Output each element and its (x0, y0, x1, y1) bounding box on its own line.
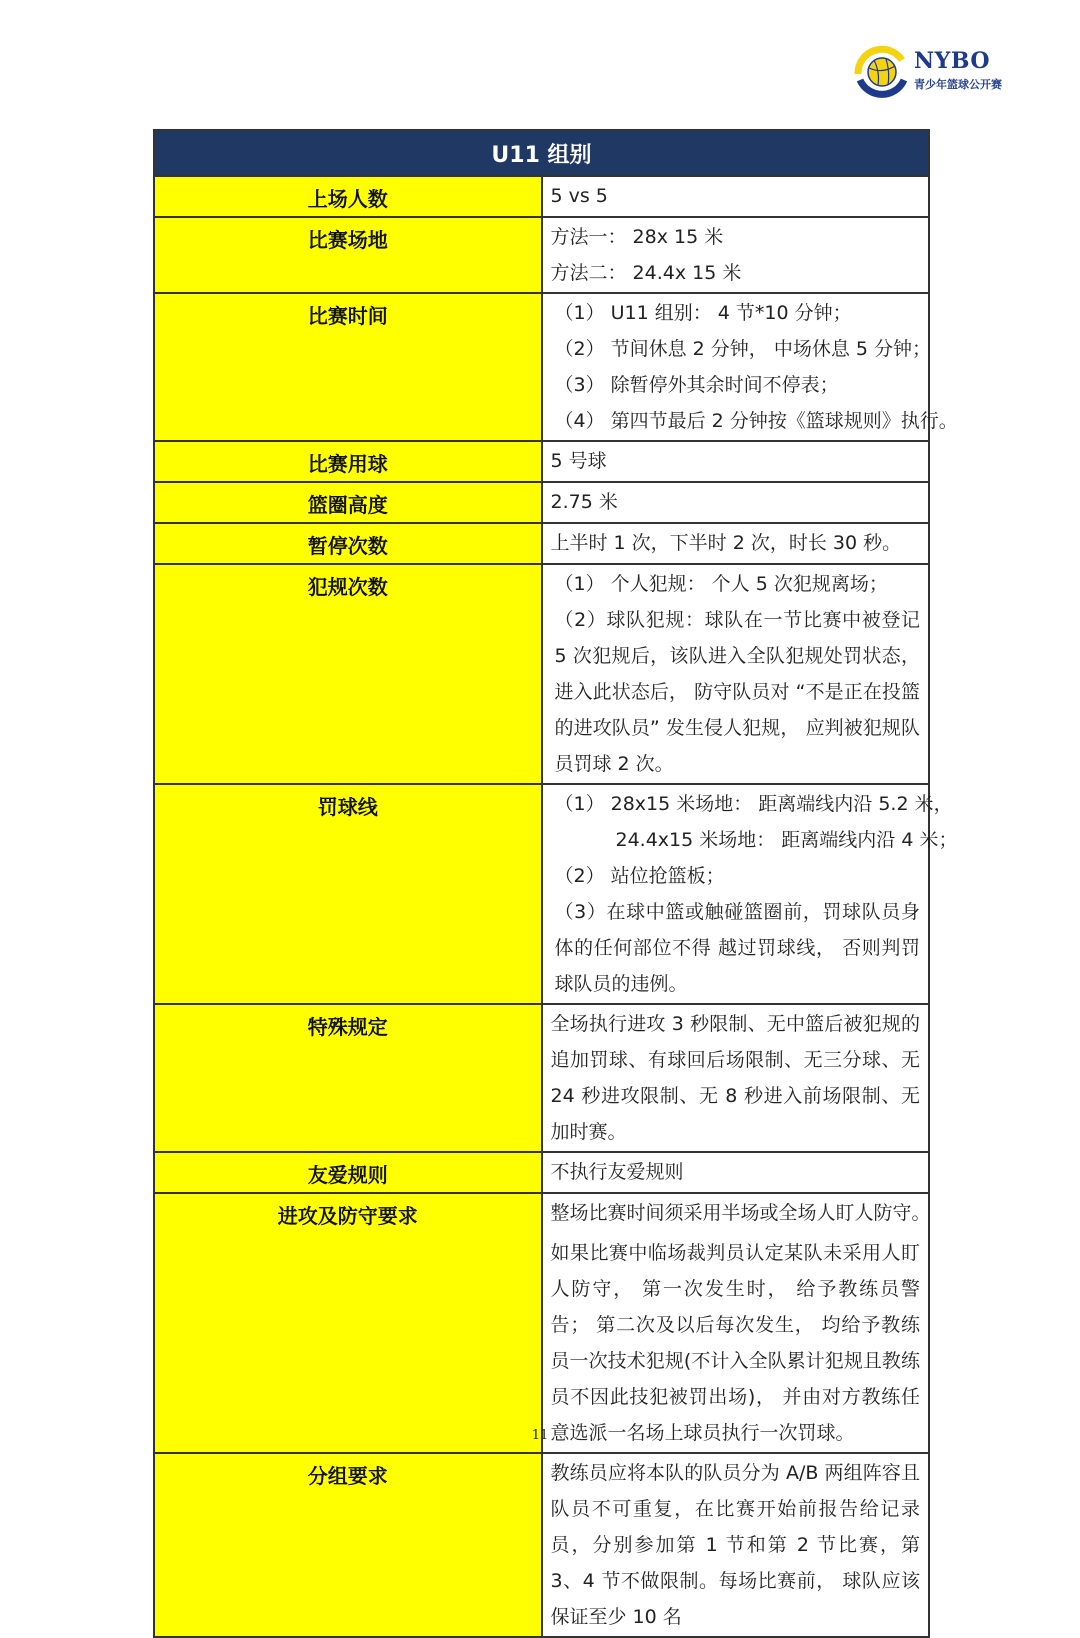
row-label: 上场人数 (154, 176, 542, 217)
value-line: 不执行友爱规则 (551, 1154, 921, 1190)
row-value: 整场比赛时间须采用半场或全场人盯人防守。 如果比赛中临场裁判员认定某队未采用人盯… (542, 1193, 930, 1453)
value-line: （1） 28x15 米场地： 距离端线内沿 5.2 米， (551, 786, 921, 822)
page-number: 11 (0, 1428, 1080, 1443)
table-row: 友爱规则 不执行友爱规则 (154, 1152, 929, 1193)
table-row: 进攻及防守要求 整场比赛时间须采用半场或全场人盯人防守。 如果比赛中临场裁判员认… (154, 1193, 929, 1453)
logo-subtitle: 青少年篮球公开赛 (914, 76, 1002, 92)
value-line: 整场比赛时间须采用半场或全场人盯人防守。 (551, 1195, 921, 1231)
row-value: 5 号球 (542, 441, 930, 482)
value-line: （4） 第四节最后 2 分钟按《篮球规则》执行。 (551, 403, 921, 439)
row-value: 方法一： 28x 15 米 方法二： 24.4x 15 米 (542, 217, 930, 293)
row-label: 分组要求 (154, 1453, 542, 1637)
row-value: 上半时 1 次，下半时 2 次，时长 30 秒。 (542, 523, 930, 564)
value-line: （3） 除暂停外其余时间不停表； (551, 367, 921, 403)
row-label: 暂停次数 (154, 523, 542, 564)
row-label: 友爱规则 (154, 1152, 542, 1193)
value-line: 5 号球 (551, 443, 921, 479)
value-line: （1） 个人犯规： 个人 5 次犯规离场； (551, 566, 921, 602)
row-label: 篮圈高度 (154, 482, 542, 523)
value-line: 2.75 米 (551, 484, 921, 520)
value-paragraph: 教练员应将本队的队员分为 A/B 两组阵容且队员不可重复，在比赛开始前报告给记录… (551, 1455, 921, 1635)
value-paragraph: （3）在球中篮或触碰篮圈前，罚球队员身体的任何部位不得 越过罚球线， 否则判罚球… (551, 894, 921, 1002)
row-value: （1） 个人犯规： 个人 5 次犯规离场； （2）球队犯规：球队在一节比赛中被登… (542, 564, 930, 784)
value-paragraph: 全场执行进攻 3 秒限制、无中篮后被犯规的追加罚球、有球回后场限制、无三分球、无… (551, 1006, 921, 1150)
value-paragraph: 如果比赛中临场裁判员认定某队未采用人盯人防守， 第一次发生时， 给予教练员警告；… (551, 1235, 921, 1451)
row-value: 2.75 米 (542, 482, 930, 523)
row-value: 全场执行进攻 3 秒限制、无中篮后被犯规的追加罚球、有球回后场限制、无三分球、无… (542, 1004, 930, 1152)
table-row: 犯规次数 （1） 个人犯规： 个人 5 次犯规离场； （2）球队犯规：球队在一节… (154, 564, 929, 784)
table-row: 比赛时间 （1） U11 组别： 4 节*10 分钟； （2） 节间休息 2 分… (154, 293, 929, 441)
row-label: 比赛场地 (154, 217, 542, 293)
row-label: 比赛时间 (154, 293, 542, 441)
value-line: 5 vs 5 (551, 178, 921, 214)
table-row: 比赛场地 方法一： 28x 15 米 方法二： 24.4x 15 米 (154, 217, 929, 293)
value-line: （1） U11 组别： 4 节*10 分钟； (551, 295, 921, 331)
row-value: 5 vs 5 (542, 176, 930, 217)
table-row: 比赛用球 5 号球 (154, 441, 929, 482)
table-title: U11 组别 (154, 130, 929, 176)
row-label: 进攻及防守要求 (154, 1193, 542, 1453)
table-row: 篮圈高度 2.75 米 (154, 482, 929, 523)
basketball-ring-icon (852, 44, 910, 100)
table-row: 上场人数 5 vs 5 (154, 176, 929, 217)
table-row: 特殊规定 全场执行进攻 3 秒限制、无中篮后被犯规的追加罚球、有球回后场限制、无… (154, 1004, 929, 1152)
row-label: 犯规次数 (154, 564, 542, 784)
table-row: 暂停次数 上半时 1 次，下半时 2 次，时长 30 秒。 (154, 523, 929, 564)
value-line: （2） 节间休息 2 分钟， 中场休息 5 分钟； (551, 331, 921, 367)
table-row: 罚球线 （1） 28x15 米场地： 距离端线内沿 5.2 米， 24.4x15… (154, 784, 929, 1004)
nybo-logo: NYBO 青少年篮球公开赛 (852, 44, 1032, 104)
value-line: （2） 站位抢篮板； (551, 858, 921, 894)
table-row: 分组要求 教练员应将本队的队员分为 A/B 两组阵容且队员不可重复，在比赛开始前… (154, 1453, 929, 1637)
value-line: 上半时 1 次，下半时 2 次，时长 30 秒。 (551, 525, 921, 561)
row-value: 不执行友爱规则 (542, 1152, 930, 1193)
row-value: （1） U11 组别： 4 节*10 分钟； （2） 节间休息 2 分钟， 中场… (542, 293, 930, 441)
value-line: 24.4x15 米场地： 距离端线内沿 4 米； (551, 822, 921, 858)
row-value: （1） 28x15 米场地： 距离端线内沿 5.2 米， 24.4x15 米场地… (542, 784, 930, 1004)
logo-brand: NYBO (914, 48, 990, 74)
value-line: 方法一： 28x 15 米 (551, 219, 921, 255)
value-paragraph: （2）球队犯规：球队在一节比赛中被登记 5 次犯规后，该队进入全队犯规处罚状态，… (551, 602, 921, 782)
row-label: 比赛用球 (154, 441, 542, 482)
rules-table: U11 组别 上场人数 5 vs 5 比赛场地 方法一： 28x 15 米 方法… (153, 129, 930, 1638)
row-label: 罚球线 (154, 784, 542, 1004)
row-label: 特殊规定 (154, 1004, 542, 1152)
row-value: 教练员应将本队的队员分为 A/B 两组阵容且队员不可重复，在比赛开始前报告给记录… (542, 1453, 930, 1637)
value-line: 方法二： 24.4x 15 米 (551, 255, 921, 291)
